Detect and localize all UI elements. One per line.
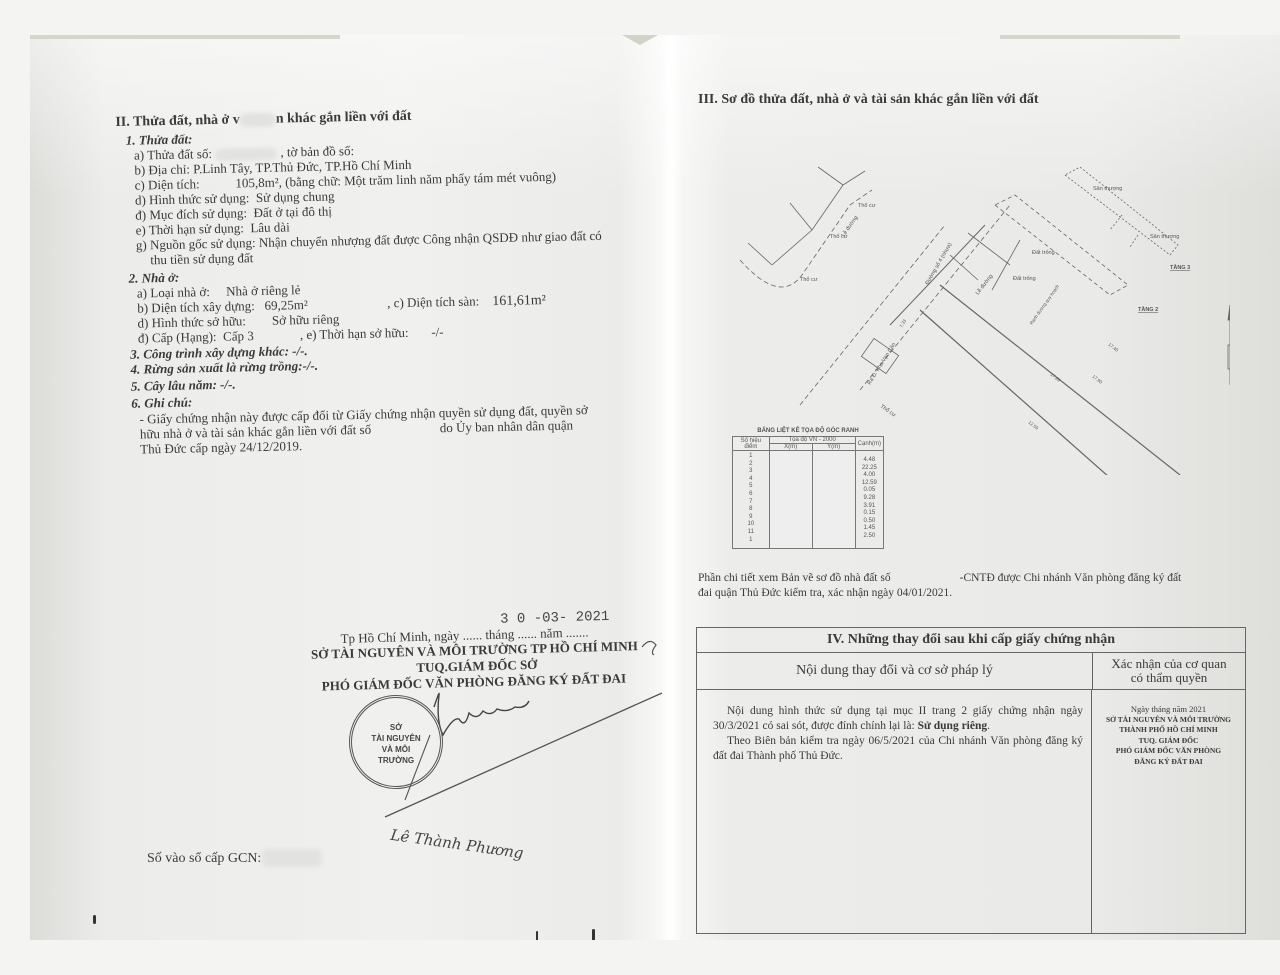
changes-table: IV. Những thay đổi sau khi cấp giấy chứn… xyxy=(696,627,1246,934)
change-content: Nội dung hình thức sử dụng tại mục II tr… xyxy=(697,690,1092,933)
svg-text:Lề đường: Lề đường xyxy=(975,274,995,297)
svg-text:17.90: 17.90 xyxy=(1091,374,1103,385)
svg-text:TẦNG 3: TẦNG 3 xyxy=(1170,264,1190,271)
stamp-center: SỞ TÀI NGUYÊN VÀ MÔI TRƯỜNG xyxy=(366,722,426,766)
edge-list: 4.4822.254.0012.590.059.283.910.150.501.… xyxy=(855,451,883,549)
changes-col-content: Nội dung thay đổi và cơ sở pháp lý xyxy=(697,653,1093,689)
svg-text:Ranh đường quy hoạch: Ranh đường quy hoạch xyxy=(1029,283,1061,325)
col-edge: Cạnh(m) xyxy=(855,437,883,451)
svg-text:Đường số 4 (nhựa): Đường số 4 (nhựa) xyxy=(925,242,954,286)
y-values-redacted xyxy=(812,451,855,549)
svg-text:Lề đường: Lề đường xyxy=(841,215,860,238)
binder-mark xyxy=(93,915,96,924)
svg-text:17.40: 17.40 xyxy=(1107,342,1119,353)
col-point: Số hiệu điểm xyxy=(733,437,770,451)
col-y: Y(m) xyxy=(812,444,855,451)
svg-text:Đất trống: Đất trống xyxy=(1013,276,1036,282)
svg-text:Sân thượng: Sân thượng xyxy=(1150,234,1179,240)
svg-text:TẦNG 2: TẦNG 2 xyxy=(1138,306,1158,313)
detail-note: Phần chi tiết xem Bản vẽ sơ đồ nhà đất s… xyxy=(698,571,1181,601)
official-stamp: SỞ TÀI NGUYÊN VÀ MÔI TRƯỜNG xyxy=(349,695,443,789)
change-confirmation: Ngày tháng năm 2021 SỞ TÀI NGUYÊN VÀ MÔI… xyxy=(1092,690,1245,933)
svg-text:17.89: 17.89 xyxy=(1049,372,1061,383)
svg-text:Thổ cư: Thổ cư xyxy=(800,276,818,283)
site-plan-diagram: Thổ cư Thổ cư Thổ cư Lề đường Đường số 4… xyxy=(710,145,1230,475)
document-photo: II. Thửa đất, nhà ở vn khác gắn liền với… xyxy=(30,35,1280,940)
redaction xyxy=(262,849,322,867)
svg-text:Đất trống: Đất trống xyxy=(1032,250,1055,256)
point-list: 12345678910111 xyxy=(733,451,770,549)
registry-label: Số vào sổ cấp GCN: xyxy=(147,851,261,866)
binder-mark xyxy=(536,931,538,940)
svg-text:Thổ cư: Thổ cư xyxy=(879,403,898,419)
svg-text:Sân thượng: Sân thượng xyxy=(1093,186,1122,192)
changes-title: IV. Những thay đổi sau khi cấp giấy chứn… xyxy=(697,628,1245,653)
col-x: X(m) xyxy=(769,444,812,451)
svg-text:7.33: 7.33 xyxy=(899,318,908,329)
binder-mark xyxy=(592,929,595,940)
col-coord: Tọa độ VN - 2000 xyxy=(769,437,855,444)
coordinate-table-caption: BẢNG LIỆT KÊ TỌA ĐỘ GÓC RANH xyxy=(732,428,884,434)
section-iii-title: III. Sơ đồ thửa đất, nhà ở và tài sản kh… xyxy=(698,92,1039,108)
changes-col-confirm: Xác nhận của cơ quan có thẩm quyền xyxy=(1093,653,1245,689)
svg-text:Thổ cư: Thổ cư xyxy=(858,202,876,209)
svg-text:12.59: 12.59 xyxy=(1027,420,1039,431)
coordinate-table: BẢNG LIỆT KÊ TỌA ĐỘ GÓC RANH Số hiệu điể… xyxy=(732,428,884,549)
x-values-redacted xyxy=(769,451,812,549)
